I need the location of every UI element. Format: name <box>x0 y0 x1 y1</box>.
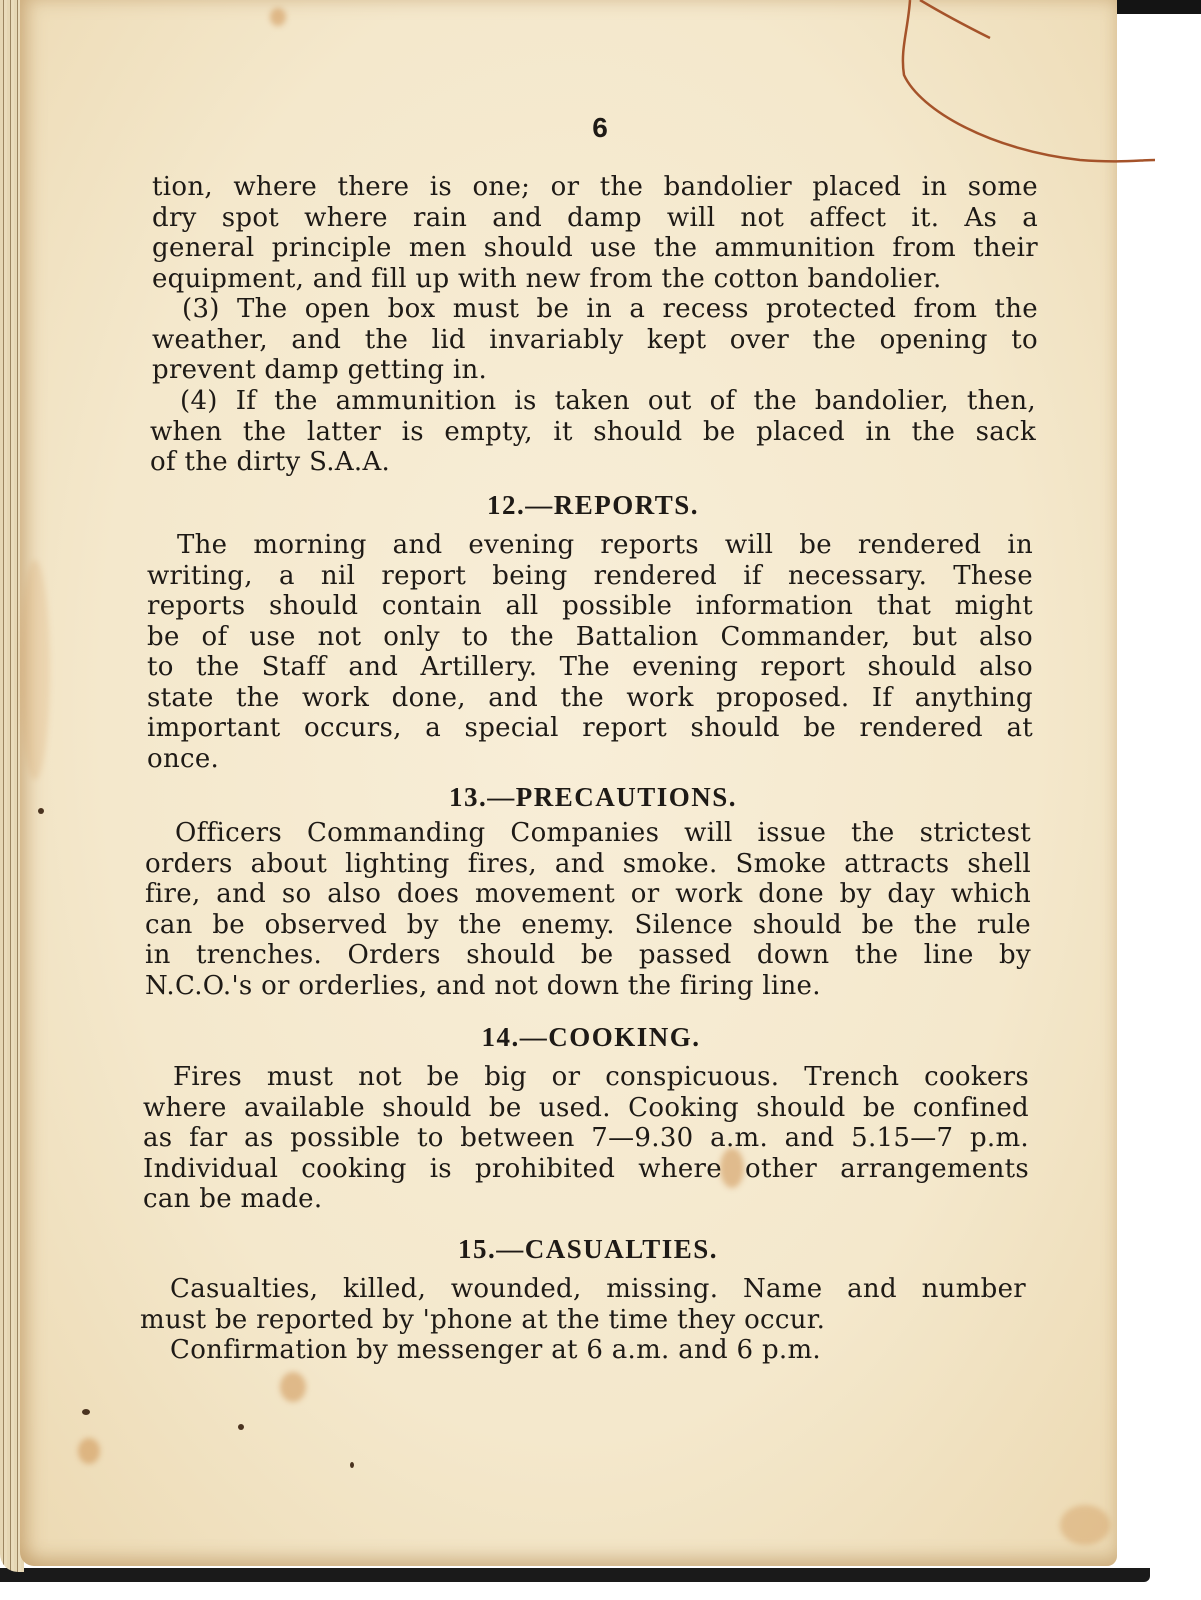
text-line: fire, and so also does movement or work … <box>145 879 1031 910</box>
section-heading-precautions: 13.—PRECAUTIONS. <box>150 782 1036 813</box>
text-line: dry spot where rain and damp will not af… <box>152 203 1038 234</box>
text-line: weather, and the lid invariably kept ove… <box>152 325 1038 356</box>
text-line: Confirmation by messenger at 6 a.m. and … <box>140 1335 1026 1366</box>
cooking-paragraph: Fires must not be big or conspicuous. Tr… <box>143 1062 1029 1215</box>
text-line: can be observed by the enemy. Silence sh… <box>145 910 1031 941</box>
text-line: (4) If the ammunition is taken out of th… <box>150 386 1036 417</box>
text-line: of the dirty S.A.A. <box>150 447 1036 478</box>
continuation-paragraph: tion, where there is one; or the bandoli… <box>152 172 1038 294</box>
section-heading-cooking: 14.—COOKING. <box>148 1022 1034 1053</box>
text-line: The morning and evening reports will be … <box>147 530 1033 561</box>
text-line: state the work done, and the work propos… <box>147 683 1033 714</box>
text-line: Fires must not be big or conspicuous. Tr… <box>143 1062 1029 1093</box>
page-number: 6 <box>560 112 640 144</box>
casualties-paragraph: Casualties, killed, wounded, missing. Na… <box>140 1274 1026 1366</box>
item-4-paragraph: (4) If the ammunition is taken out of th… <box>150 386 1036 478</box>
text-line: (3) The open box must be in a recess pro… <box>152 294 1038 325</box>
section-heading-casualties: 15.—CASUALTIES. <box>145 1234 1031 1265</box>
text-line: where available should be used. Cooking … <box>143 1093 1029 1124</box>
text-line: Individual cooking is prohibited where o… <box>143 1154 1029 1185</box>
text-line: be of use not only to the Battalion Comm… <box>147 622 1033 653</box>
text-line: N.C.O.'s or orderlies, and not down the … <box>145 971 1031 1002</box>
text-line: Casualties, killed, wounded, missing. Na… <box>140 1274 1026 1305</box>
text-line: tion, where there is one; or the bandoli… <box>152 172 1038 203</box>
text-line: prevent damp getting in. <box>152 355 1038 386</box>
text-line: Officers Commanding Companies will issue… <box>145 818 1031 849</box>
text-line: to the Staff and Artillery. The evening … <box>147 652 1033 683</box>
text-line: equipment, and fill up with new from the… <box>152 264 1038 295</box>
text-line: reports should contain all possible info… <box>147 591 1033 622</box>
text-line: can be made. <box>143 1184 1029 1215</box>
text-line: writing, a nil report being rendered if … <box>147 561 1033 592</box>
text-line: once. <box>147 744 1033 775</box>
precautions-paragraph: Officers Commanding Companies will issue… <box>145 818 1031 1001</box>
reports-paragraph: The morning and evening reports will be … <box>147 530 1033 774</box>
text-line: must be reported by 'phone at the time t… <box>140 1305 1026 1336</box>
text-line: when the latter is empty, it should be p… <box>150 417 1036 448</box>
page-content: 6 tion, where there is one; or the bando… <box>0 0 1201 1600</box>
text-line: as far as possible to between 7—9.30 a.m… <box>143 1123 1029 1154</box>
text-line: in trenches. Orders should be passed dow… <box>145 940 1031 971</box>
item-3-paragraph: (3) The open box must be in a recess pro… <box>152 294 1038 386</box>
section-heading-reports: 12.—REPORTS. <box>150 490 1036 521</box>
text-line: important occurs, a special report shoul… <box>147 713 1033 744</box>
text-line: orders about lighting fires, and smoke. … <box>145 849 1031 880</box>
text-line: general principle men should use the amm… <box>152 233 1038 264</box>
